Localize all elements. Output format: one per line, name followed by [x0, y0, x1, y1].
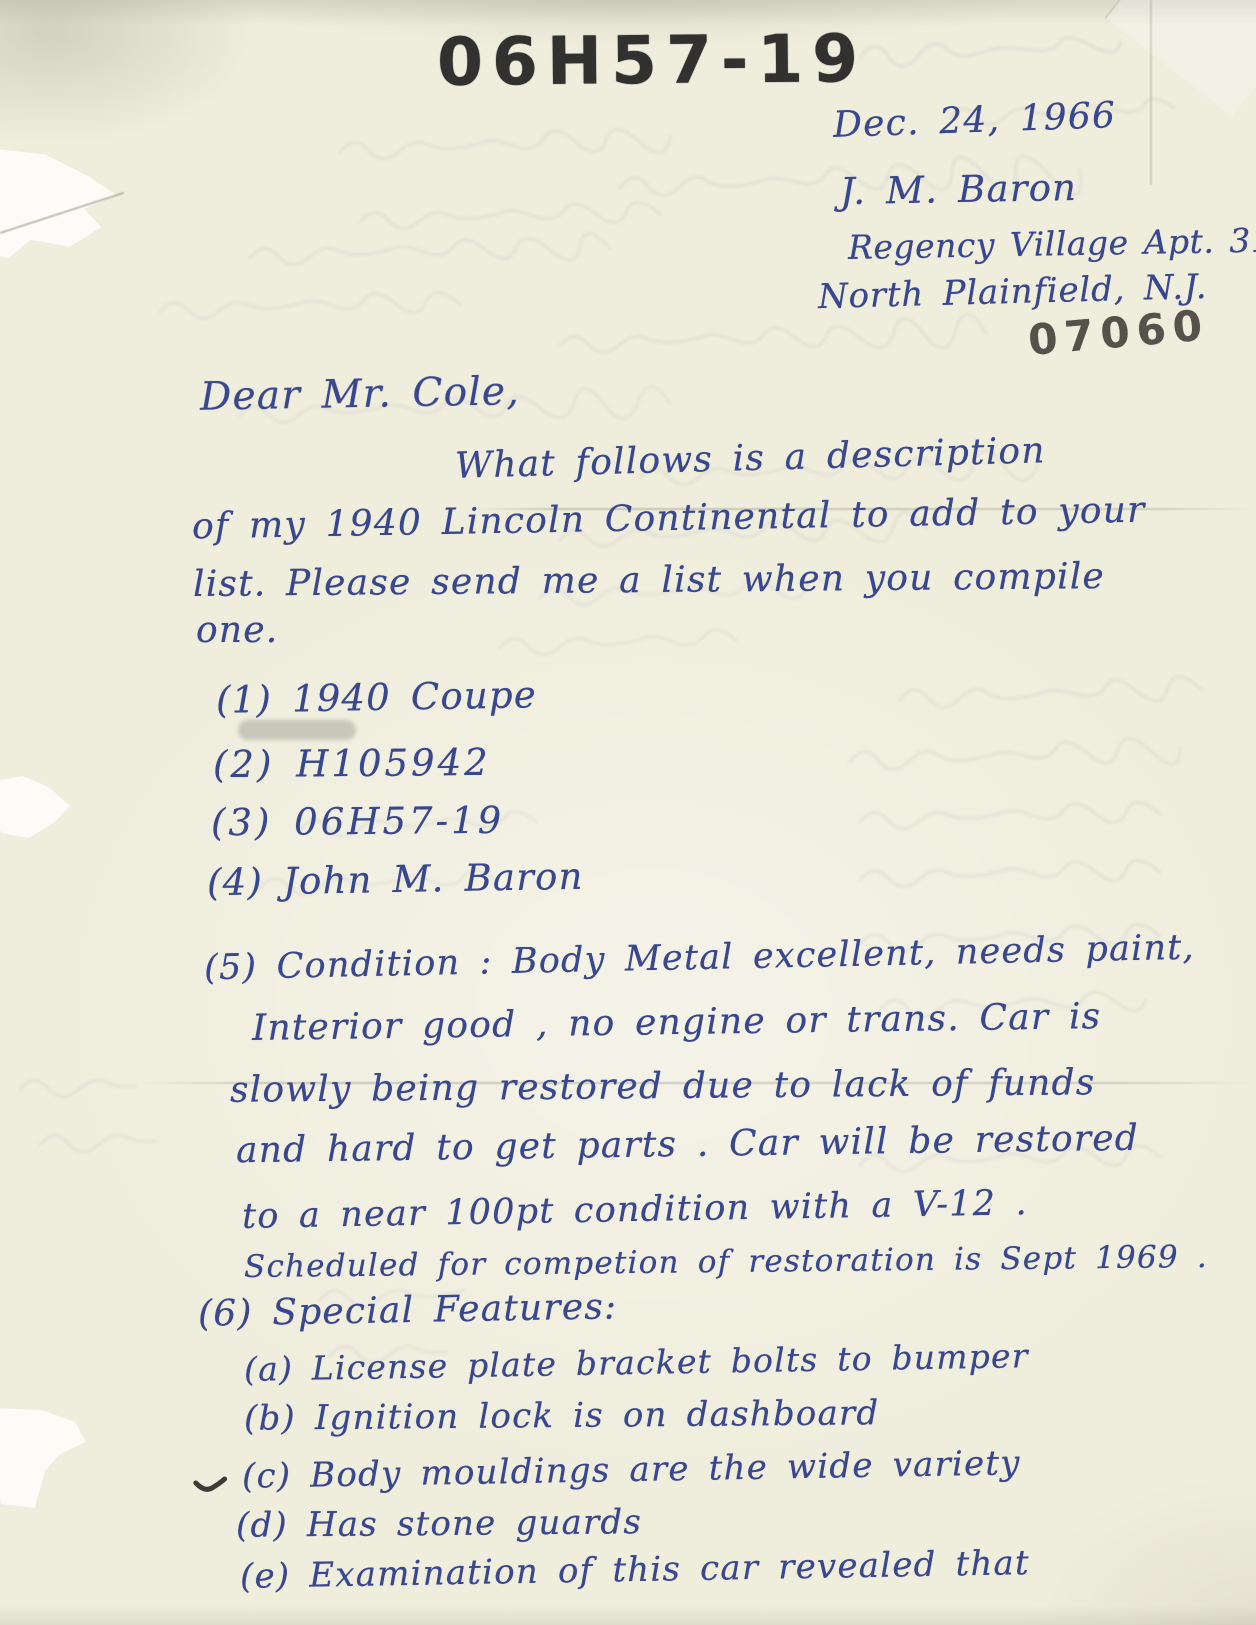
- numbered-item-3: (3) 06H57-19: [211, 799, 505, 845]
- letter-date: Dec. 24, 1966: [832, 95, 1116, 146]
- feature-line-c: (c) Body mouldings are the wide variety: [242, 1443, 1021, 1497]
- intro-line-2: of my 1940 Lincoln Continental to add to…: [192, 490, 1146, 548]
- intro-line-3: list. Please send me a list when you com…: [193, 556, 1105, 605]
- condition-line-3: slowly being restored due to lack of fun…: [230, 1062, 1096, 1111]
- vertical-crease-top-right: [1150, 0, 1152, 185]
- feature-line-e: (e) Examination of this car revealed tha…: [240, 1543, 1030, 1597]
- intro-line-4: one.: [196, 610, 278, 651]
- feature-line-a: (a) License plate bracket bolts to bumpe…: [244, 1336, 1029, 1389]
- salutation: Dear Mr. Cole,: [200, 369, 521, 420]
- stamp-code: 06H57-19: [437, 20, 868, 101]
- numbered-item-1: (1) 1940 Coupe: [216, 673, 538, 722]
- condition-line-5: to a near 100pt condition with a V-12 .: [242, 1183, 1028, 1237]
- check-mark: [192, 1472, 232, 1498]
- torn-paper-patch-bottom-left: [0, 1408, 86, 1508]
- pencil-eraser-smudge: [238, 720, 356, 740]
- numbered-item-2: (2) H105942: [213, 741, 491, 786]
- handwritten-letter-page: 06H57-19 Dec. 24, 1966 J. M. Baron Regen…: [0, 0, 1256, 1625]
- corner-fold-top-right: [1105, 0, 1256, 117]
- numbered-item-4: (4) John M. Baron: [207, 855, 584, 905]
- feature-line-b: (b) Ignition lock is on dashboard: [244, 1393, 880, 1439]
- feature-line-d: (d) Has stone guards: [236, 1502, 642, 1546]
- condition-line-2: Interior good , no engine or trans. Car …: [252, 996, 1102, 1049]
- condition-line-1: (5) Condition : Body Metal excellent, ne…: [204, 928, 1196, 989]
- sender-address-line1: Regency Village Apt. 31F: [848, 220, 1256, 267]
- condition-line-6: Scheduled for competion of restoration i…: [244, 1239, 1208, 1285]
- sender-name: J. M. Baron: [840, 166, 1078, 213]
- features-heading: (6) Special Features:: [198, 1286, 618, 1334]
- intro-line-1: What follows is a description: [455, 430, 1047, 486]
- condition-line-4: and hard to get parts . Car will be rest…: [236, 1118, 1140, 1172]
- torn-paper-patch-mid-left: [0, 776, 70, 838]
- torn-paper-patch-top-left: [0, 146, 116, 286]
